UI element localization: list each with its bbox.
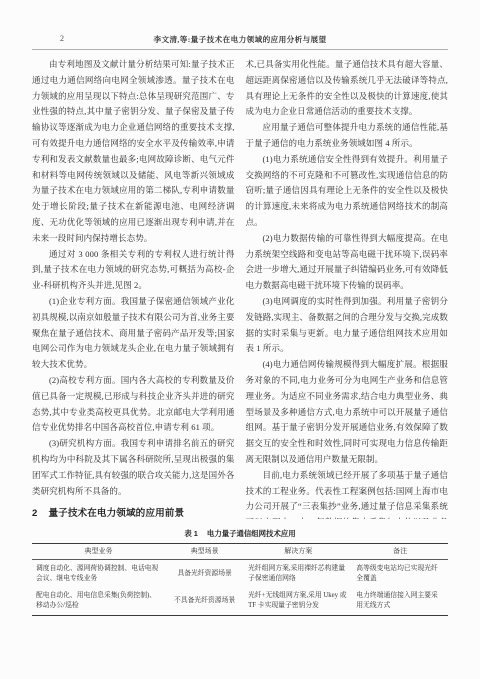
paragraph: 应用量子通信可整体提升电力系统的通信性能,基于量子通信的电力系统业务领域如图 4… — [246, 120, 449, 152]
table-body: 调度自动化、源网荷协调控制、电话电视会议、继电专线业务 具备光纤资源场景 光纤组… — [32, 559, 448, 615]
right-column: 术,已具备实用化性能。量子通信技术具有超大容量、超远距离保密通信以及传输系统几乎… — [246, 57, 449, 519]
paragraph: (2)高校专利方面。国内各大高校的专利数量及价值已具备一定规模,已形成与科技企业… — [32, 373, 235, 436]
table-cell: 配电自动化、用电信息采集(负荷控制)、移动办公/巡检 — [32, 587, 165, 615]
page-number: 2 — [60, 34, 64, 43]
paragraph: (3)研究机构方面。我国专利申请排名前五的研究机构均为中科院及其下属各科研院所,… — [32, 436, 235, 499]
table-section: 表 1电力量子通信组网技术应用 典型业务 典型场景 解决方案 备注 调度自动化、… — [32, 528, 448, 616]
paragraph: (4)电力通信网传输规模得到大幅度扩展。根据服务对象的不同,电力业务可分为电网生… — [246, 357, 449, 468]
table-header-cell: 典型业务 — [32, 544, 165, 560]
table-header-row: 典型业务 典型场景 解决方案 备注 — [32, 544, 448, 560]
table-header-cell: 备注 — [352, 544, 448, 560]
paragraph: 目前,电力系统领域已经开展了多项基于量子通信技术的工程业务。代表性工程案例包括:… — [246, 468, 449, 519]
table-cell: 调度自动化、源网荷协调控制、电话电视会议、继电专线业务 — [32, 559, 165, 587]
table-header-cell: 解决方案 — [244, 544, 352, 560]
table-cell: 电力终端通信接入网主要采用无线方式 — [352, 587, 448, 615]
left-column: 由专利地图及文献计量分析结果可知:量子技术正通过电力通信网络向电网全领域渗透。量… — [32, 57, 235, 519]
quantum-comm-table: 典型业务 典型场景 解决方案 备注 调度自动化、源网荷协调控制、电话电视会议、继… — [32, 543, 448, 616]
table-cell: 具备光纤资源场景 — [165, 559, 244, 587]
table-cell: 高等级变电站均已实现光纤全覆盖 — [352, 559, 448, 587]
paragraph: (1)企业专利方面。我国量子保密通信领域产业化初具规模,以南京如般量子技术有限公… — [32, 294, 235, 373]
section-title: 量子技术在电力领域的应用前景 — [48, 508, 184, 519]
table-header-cell: 典型场景 — [165, 544, 244, 560]
section-heading: 2量子技术在电力领域的应用前景 — [32, 506, 235, 519]
page-header: 2 李文清,等:量子技术在电力领域的应用分析与展望 — [32, 34, 448, 47]
table-caption-label: 表 1 — [184, 529, 198, 538]
paragraph: (3)电网调度的实时性得到加强。利用量子密钥分发链路,实现主、备数据之间的合理分… — [246, 294, 449, 357]
running-title: 李文清,等:量子技术在电力领域的应用分析与展望 — [32, 34, 448, 45]
table-caption-title: 电力量子通信组网技术应用 — [207, 529, 296, 538]
table-cell: 光纤+无线组网方案,采用 Ukey 或 TF 卡实现量子密钥分发 — [244, 587, 352, 615]
table-head: 典型业务 典型场景 解决方案 备注 — [32, 544, 448, 560]
table-row: 配电自动化、用电信息采集(负荷控制)、移动办公/巡检 不具备光纤资源场景 光纤+… — [32, 587, 448, 615]
paragraph: 术,已具备实用化性能。量子通信技术具有超大容量、超远距离保密通信以及传输系统几乎… — [246, 57, 449, 120]
paragraph: (1)电力系统通信安全性得到有效提升。利用量子交换网络的不可克隆和不可篡改性,实… — [246, 152, 449, 231]
table-row: 调度自动化、源网荷协调控制、电话电视会议、继电专线业务 具备光纤资源场景 光纤组… — [32, 559, 448, 587]
paragraph: 由专利地图及文献计量分析结果可知:量子技术正通过电力通信网络向电网全领域渗透。量… — [32, 57, 235, 247]
two-column-body: 由专利地图及文献计量分析结果可知:量子技术正通过电力通信网络向电网全领域渗透。量… — [32, 57, 448, 519]
header-rule — [32, 49, 448, 50]
table-cell: 光纤组网方案,采用裸纤芯构建量子保密通信网络 — [244, 559, 352, 587]
paper-page: 2 李文清,等:量子技术在电力领域的应用分析与展望 由专利地图及文献计量分析结果… — [0, 0, 480, 679]
table-cell: 不具备光纤资源场景 — [165, 587, 244, 615]
paragraph: (2)电力数据传输的可靠性得到大幅度提高。在电力系统架空线路和变电站等高电磁干扰… — [246, 231, 449, 294]
paragraph: 通过对 3 000 条相关专利的专利权人进行统计得到,量子技术在电力领域的研究态… — [32, 247, 235, 294]
section-number: 2 — [32, 508, 37, 519]
table-caption: 表 1电力量子通信组网技术应用 — [32, 528, 448, 539]
